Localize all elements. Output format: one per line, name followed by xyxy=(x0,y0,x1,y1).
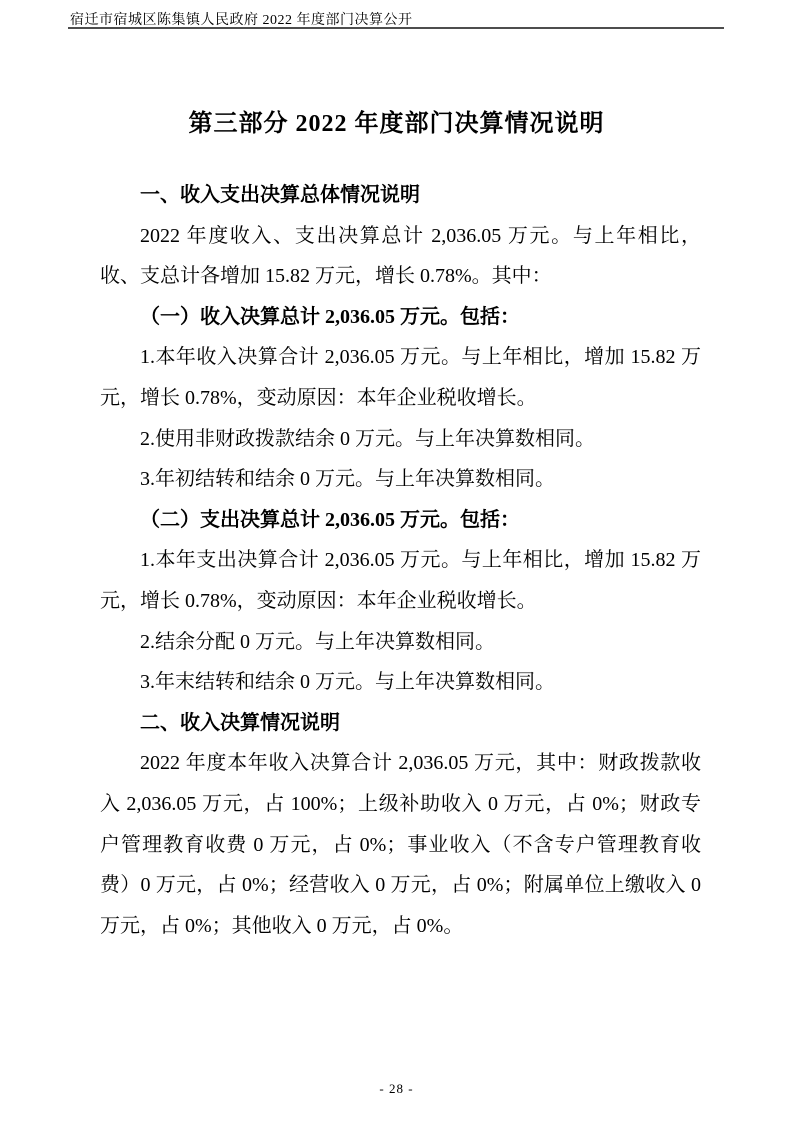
paragraph: 3.年末结转和结余 0 万元。与上年决算数相同。 xyxy=(100,662,701,703)
section-heading: 二、收入决算情况说明 xyxy=(100,703,701,744)
header-rule xyxy=(68,27,724,29)
paragraph: 2022 年度本年收入决算合计 2,036.05 万元，其中：财政拨款收入 2,… xyxy=(100,743,701,946)
document-body: 一、收入支出决算总体情况说明2022 年度收入、支出决算总计 2,036.05 … xyxy=(100,175,701,946)
paragraph: 2.结余分配 0 万元。与上年决算数相同。 xyxy=(100,622,701,663)
paragraph: 2.使用非财政拨款结余 0 万元。与上年决算数相同。 xyxy=(100,419,701,460)
page-footer: - 28 - xyxy=(0,1081,793,1097)
paragraph: 3.年初结转和结余 0 万元。与上年决算数相同。 xyxy=(100,459,701,500)
running-header: 宿迁市宿城区陈集镇人民政府 2022 年度部门决算公开 xyxy=(70,9,413,29)
paragraph: 2022 年度收入、支出决算总计 2,036.05 万元。与上年相比，收、支总计… xyxy=(100,216,701,297)
paragraph: 1.本年支出决算合计 2,036.05 万元。与上年相比，增加 15.82 万元… xyxy=(100,540,701,621)
section-heading: （二）支出决算总计 2,036.05 万元。包括： xyxy=(100,500,701,541)
section-heading: 一、收入支出决算总体情况说明 xyxy=(100,175,701,216)
document-title: 第三部分 2022 年度部门决算情况说明 xyxy=(0,103,793,138)
paragraph: 1.本年收入决算合计 2,036.05 万元。与上年相比，增加 15.82 万元… xyxy=(100,337,701,418)
page-number: - 28 - xyxy=(379,1081,413,1096)
section-heading: （一）收入决算总计 2,036.05 万元。包括： xyxy=(100,297,701,338)
document-page: 宿迁市宿城区陈集镇人民政府 2022 年度部门决算公开 第三部分 2022 年度… xyxy=(0,0,793,1122)
running-header-text: 宿迁市宿城区陈集镇人民政府 2022 年度部门决算公开 xyxy=(70,13,413,28)
